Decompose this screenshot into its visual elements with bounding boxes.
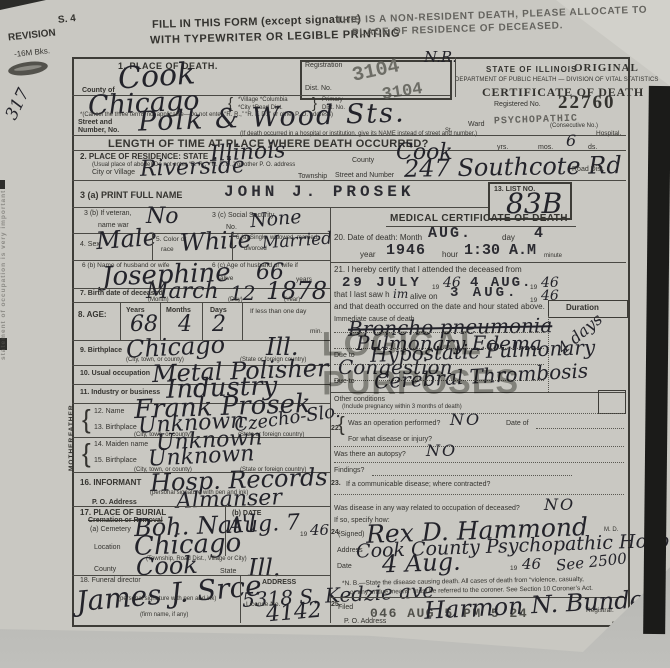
signed-label: (Signed) bbox=[338, 531, 364, 538]
death-hour-value: 1:30 A.M bbox=[464, 243, 536, 258]
burial-year-pre: 19 bbox=[300, 531, 307, 538]
township-label: Township bbox=[298, 173, 327, 180]
consecutive-no-label: (Consecutive No.) bbox=[550, 123, 598, 129]
department-label: DEPARTMENT OF PUBLIC HEALTH — DIVISION O… bbox=[455, 77, 659, 83]
rule bbox=[232, 233, 233, 260]
residence-city-value: Riverside bbox=[140, 155, 246, 181]
rule bbox=[240, 575, 241, 623]
corner-shadow bbox=[0, 0, 46, 10]
age-label: 8. AGE: bbox=[78, 310, 107, 319]
last-saw-him: im bbox=[393, 288, 408, 300]
attended-line-1: 21. I hereby certify that I attended the… bbox=[334, 265, 522, 274]
operation-brace: { bbox=[338, 414, 345, 437]
last-saw-label-a: that I last saw h bbox=[334, 290, 390, 299]
penciled-file-number: 317 bbox=[3, 86, 33, 123]
rule bbox=[72, 302, 330, 303]
signed-year-pre: 19 bbox=[510, 565, 517, 572]
rule bbox=[536, 428, 624, 429]
death-date-label: 20. Date of death: Month bbox=[334, 233, 422, 242]
medical-certificate-heading: MEDICAL CERTIFICATE OF DEATH bbox=[390, 213, 568, 224]
operation-date-label: Date of bbox=[506, 420, 529, 427]
scanned-death-certificate: { "glyphs": { "brace": "{", "brace_close… bbox=[0, 0, 670, 668]
city-or-village-label: City or Village bbox=[92, 169, 135, 176]
rule bbox=[334, 446, 624, 447]
rule bbox=[330, 262, 626, 263]
street-label-2: Number, No. bbox=[78, 127, 119, 134]
occupation-related-label: Was disease in any way related to occupa… bbox=[334, 505, 520, 512]
informant-po-label: P. O. Address bbox=[92, 499, 137, 506]
occupation-related-value: NO bbox=[544, 497, 575, 513]
rule bbox=[334, 494, 624, 495]
death-year-value: 1946 bbox=[386, 243, 426, 258]
dist-no-label: Dist. No. bbox=[305, 85, 332, 92]
bks-label: -16M Bks. bbox=[14, 46, 51, 59]
death-year-label: year bbox=[360, 250, 376, 259]
rule bbox=[152, 233, 153, 260]
rule bbox=[386, 226, 576, 227]
mother-birthplace-label: 15. Birthplace bbox=[94, 457, 137, 464]
informant-label: 16. INFORMANT bbox=[80, 478, 141, 487]
state-of-illinois-label: STATE OF ILLINOIS bbox=[486, 65, 577, 74]
instruction-line-1: FILL IN THIS FORM (except signature) bbox=[152, 13, 361, 31]
marital-value: Married bbox=[261, 231, 332, 253]
license-no-value: 4142 bbox=[265, 600, 323, 627]
autopsy-label: Was there an autopsy? bbox=[334, 451, 406, 458]
findings-label: Findings? bbox=[334, 467, 364, 474]
attended-line-3: and that death occurred on the date and … bbox=[334, 302, 545, 311]
attended-pre-2: 19 bbox=[530, 284, 537, 291]
sex-value: Male bbox=[95, 225, 157, 253]
operation-value: NO bbox=[450, 412, 481, 428]
residence-county-label: County bbox=[352, 157, 374, 164]
rule bbox=[372, 475, 572, 476]
rule bbox=[120, 302, 121, 340]
rule bbox=[72, 135, 626, 136]
occupation-label: 10. Usual occupation bbox=[80, 370, 150, 377]
original-label: ORIGINAL bbox=[574, 62, 639, 74]
rule bbox=[72, 150, 626, 151]
color-label-2: race bbox=[161, 246, 174, 253]
print-full-name-label: 3 (a) PRINT FULL NAME bbox=[80, 190, 182, 200]
decedent-name-value: JOHN J. PROSEK bbox=[224, 184, 414, 200]
signed-date-value: 4 Aug. bbox=[382, 550, 461, 577]
death-day-label: day bbox=[502, 233, 515, 242]
min-label: min. bbox=[310, 328, 322, 335]
burial-county-label: County bbox=[94, 566, 116, 573]
left-edge-tick-1 bbox=[0, 180, 5, 189]
funeral-sub-2: (firm name, if any) bbox=[140, 612, 188, 618]
rule bbox=[242, 302, 243, 340]
attended-pre-1: 19 bbox=[432, 284, 439, 291]
funeral-sub-1: (personal signature with pen and ink) bbox=[118, 596, 216, 602]
less-than-one-day-label: If less than one day bbox=[250, 308, 306, 315]
registered-no-label: Registered No. bbox=[494, 101, 541, 108]
form-series-label: S. 4 bbox=[57, 13, 76, 26]
filed-label: Filed bbox=[338, 604, 353, 611]
rule bbox=[455, 57, 456, 97]
attended-from-value: 29 JULY bbox=[342, 276, 422, 290]
rule bbox=[334, 462, 624, 463]
color-value: White bbox=[179, 227, 252, 255]
printers-union-stamp-icon bbox=[7, 59, 48, 77]
street-label-1: Street and bbox=[78, 119, 112, 126]
filed-po-address-label: P. O. Address bbox=[344, 618, 386, 625]
ward-label: Ward bbox=[468, 121, 484, 128]
death-hour-label: hour bbox=[442, 250, 458, 259]
father-side-label: FATHER bbox=[68, 404, 75, 436]
age-years-value: 68 bbox=[130, 314, 158, 336]
adjacent-page-text: statement of occupation is very importan… bbox=[0, 190, 7, 360]
spouse-age-label-1: 6 (c) Age of husband or wife if bbox=[212, 262, 298, 269]
father-brace: { bbox=[82, 404, 91, 435]
autopsy-value: NO bbox=[426, 443, 457, 459]
last-saw-label-c: alive on bbox=[410, 292, 438, 301]
operation-label: Was an operation performed? bbox=[348, 420, 440, 427]
informant-po-value: Almanser bbox=[176, 487, 283, 513]
communicable-label: If a communicable disease; where contrac… bbox=[346, 481, 490, 488]
watermark-text: LOGICAL PURPOSES bbox=[322, 322, 670, 403]
death-minute-label: minute bbox=[544, 253, 562, 259]
length-days-value: 6 bbox=[566, 133, 576, 149]
burial-location-label: Location bbox=[94, 544, 120, 551]
hospital-note: (If death occurred in a hospital or inst… bbox=[240, 131, 477, 137]
registered-no-value: 22760 bbox=[558, 92, 616, 114]
veteran-label-1: 3 (b) If veteran, bbox=[84, 210, 131, 217]
father-name-label: 12. Name bbox=[94, 408, 124, 415]
disease-injury-label: For what disease or injury? bbox=[348, 436, 432, 443]
other-conditions-sub: (Include pregnancy within 3 months of de… bbox=[342, 404, 462, 410]
death-month-value: AUG. bbox=[428, 226, 472, 241]
signed-date-label: Date bbox=[337, 563, 352, 570]
birthplace-label: 9. Birthplace bbox=[80, 347, 122, 354]
mother-side-label: MOTHER bbox=[68, 439, 75, 471]
residence-street-label: Street and Number bbox=[335, 172, 394, 179]
ssn-value: None bbox=[249, 208, 302, 231]
father-birthplace-label: 13. Birthplace bbox=[94, 424, 137, 431]
registration-label: Registration bbox=[305, 62, 342, 69]
revision-label: REVISION bbox=[8, 28, 57, 44]
nr-annotation: N.R. bbox=[424, 50, 457, 65]
road-dist-label: Road Dist. bbox=[572, 166, 605, 173]
burial-year-value: 46 bbox=[310, 523, 329, 538]
rule bbox=[72, 180, 626, 181]
mother-name-label: 14. Maiden name bbox=[94, 441, 148, 448]
cemetery-label: (a) Cemetery bbox=[90, 526, 131, 533]
item-23-number: 23. bbox=[331, 480, 341, 487]
last-seen-value: 3 AUG. bbox=[450, 286, 518, 300]
signed-year-value: 46 bbox=[522, 557, 541, 572]
death-day-value: 4 bbox=[534, 226, 543, 241]
mother-brace: { bbox=[82, 438, 91, 469]
rule bbox=[72, 506, 330, 507]
